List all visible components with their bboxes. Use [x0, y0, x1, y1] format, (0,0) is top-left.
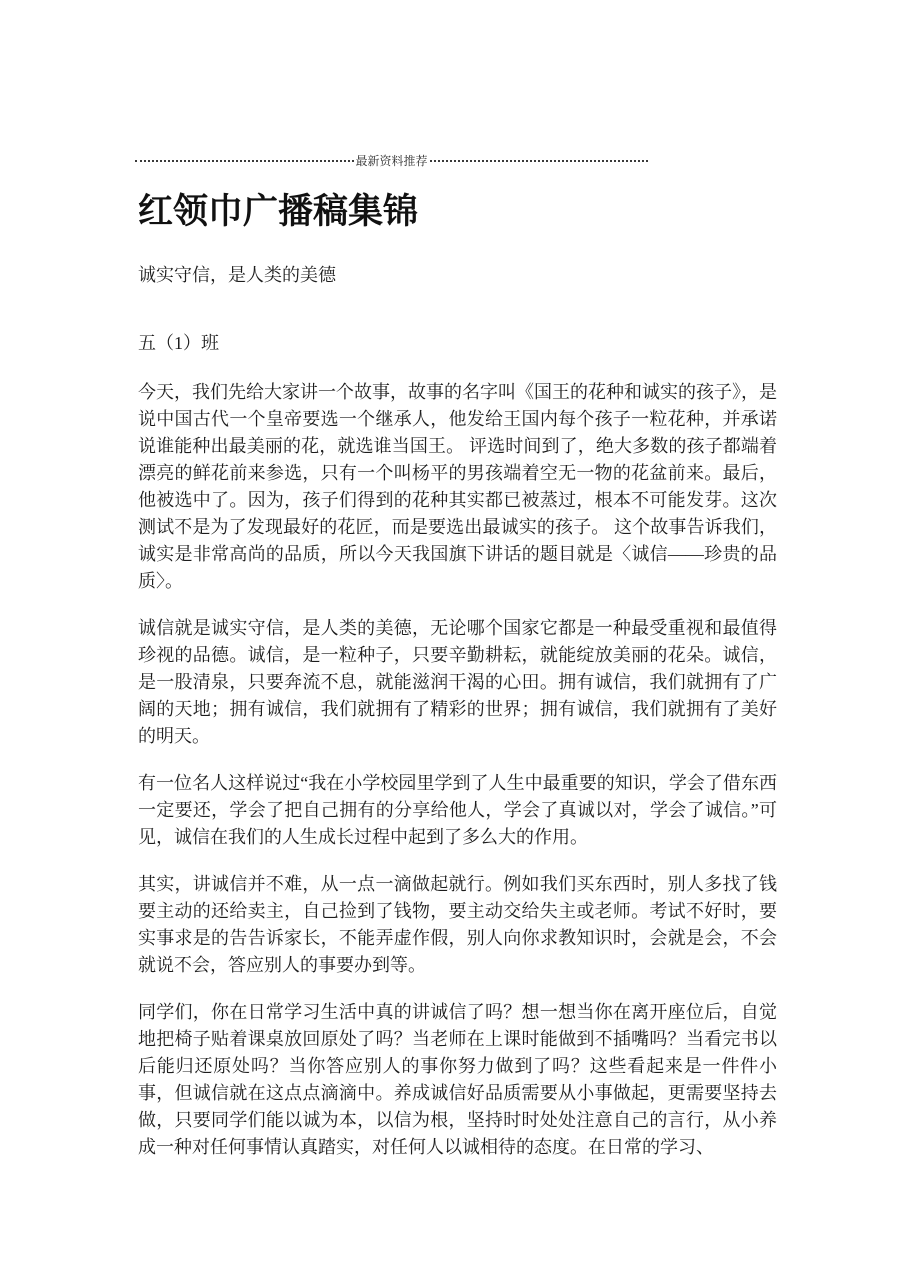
- class-byline: 五（1）班: [138, 330, 777, 356]
- paragraph-students-appeal: 同学们，你在日常学习生活中真的讲诚信了吗？想一想当你在离开座位后，自觉地把椅子贴…: [138, 999, 777, 1161]
- document-page: 最新资料推荐 红领巾广播稿集锦 诚实守信，是人类的美德 五（1）班 今天，我们先…: [0, 0, 905, 1280]
- paragraph-story: 今天，我们先给大家讲一个故事，故事的名字叫《国王的花种和诚实的孩子》，是说中国古…: [138, 379, 777, 595]
- paragraph-practice-examples: 其实，讲诚信并不难，从一点一滴做起就行。例如我们买东西时，别人多找了钱要主动的还…: [138, 871, 777, 979]
- document-title: 红领巾广播稿集锦: [138, 190, 777, 234]
- paragraph-famous-quote: 有一位名人这样说过“我在小学校园里学到了人生中最重要的知识，学会了借东西一定要还…: [138, 770, 777, 851]
- document-body: 红领巾广播稿集锦 诚实守信，是人类的美德 五（1）班 今天，我们先给大家讲一个故…: [138, 0, 777, 1161]
- document-subtitle: 诚实守信，是人类的美德: [138, 262, 777, 288]
- paragraph-integrity-definition: 诚信就是诚实守信，是人类的美德，无论哪个国家它都是一种最受重视和最值得珍视的品德…: [138, 615, 777, 750]
